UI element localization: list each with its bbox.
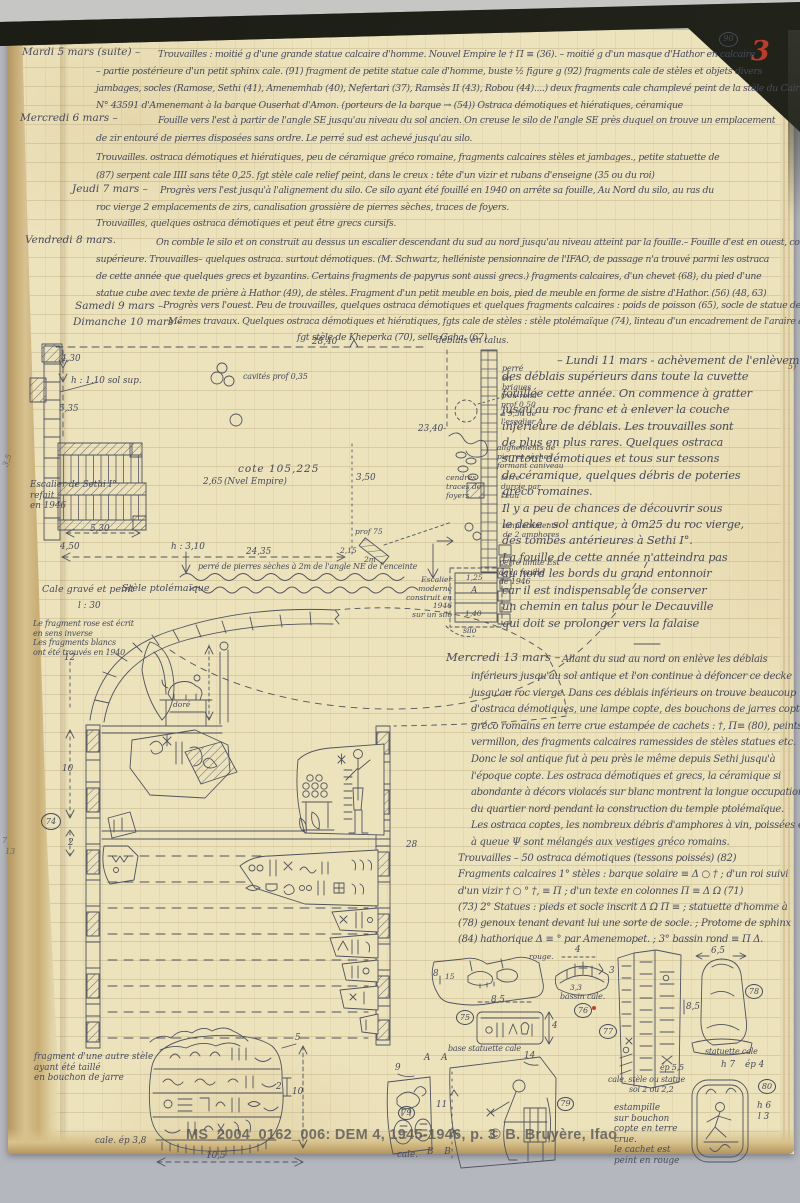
- sketch-label-base-statuette: base statuette cale: [448, 1044, 521, 1054]
- entry-text-mar11: – Lundi 11 mars - achèvement de l'enlève…: [502, 352, 800, 631]
- entry-text-mar6: Fouille vers l'est à partir de l'angle S…: [96, 112, 775, 186]
- circled-ref-90: 90: [719, 32, 738, 47]
- journal-line: Progrès vers l'est jusqu'à l'alignement …: [96, 183, 714, 200]
- plan-label-alignements: alignements de pierres sèches formant ca…: [497, 444, 564, 470]
- plan-label-h310: h : 3,10: [171, 542, 205, 553]
- circled-ref-79b: 79: [557, 1097, 574, 1111]
- plan-label-cote2: (Nvel Empire): [224, 477, 287, 488]
- plan-label-cavites: cavités prof 0,35: [243, 372, 308, 382]
- sketch-dim-h7: h 7: [721, 1060, 735, 1071]
- plan-dim-2840: 28,40: [312, 337, 337, 347]
- journal-line: Il y a peu de chances de découvrir sous: [502, 500, 800, 516]
- sketch-label-statuette: statuette cale: [705, 1047, 758, 1057]
- journal-line: Progrès vers l'ouest. Peu de trouvailles…: [96, 300, 800, 311]
- journal-line: gréco romains en terre crue estampée de …: [471, 719, 800, 736]
- entry-text-mar13-finds: Trouvailles – 50 ostraca démotiques (tes…: [458, 851, 791, 949]
- journal-line: à queue Ψ sont mélangés aux vestiges gré…: [471, 835, 800, 852]
- circled-ref-78: 78: [745, 984, 763, 999]
- sketch-dim-5: 5: [295, 1033, 301, 1043]
- plan-dim-430: 4,30: [61, 354, 81, 364]
- journal-line: jambages, socles (Ramose, Sethi (41), Am…: [96, 80, 800, 97]
- plan-dim-450: 4,50: [60, 542, 80, 552]
- plan-dim-2340: 23,40-: [418, 424, 446, 434]
- journal-line: inférieure de déblais. Les trouvailles s…: [502, 418, 800, 434]
- stela-rose-note: Le fragment rose est écrit en sens inver…: [33, 619, 134, 657]
- plan-label-deblais: déblais en talus.: [436, 336, 509, 347]
- sketch-dim-11: 11: [436, 1100, 447, 1110]
- edge-scrap-13: 13: [5, 847, 15, 856]
- sketch-dim-l3: l 3: [758, 1112, 769, 1123]
- entry-text-mar9: Progrès vers l'ouest. Peu de trouvailles…: [96, 300, 800, 311]
- plan-label-perre-briques: perré en briques: [502, 364, 531, 393]
- plan-label-trou-rond: trou rond prof 0,50 à 9,30 de l'escalier…: [501, 392, 543, 427]
- edge-scrap-5: 5): [788, 362, 796, 371]
- journal-line: Trouvailles – 50 ostraca démotiques (tes…: [458, 851, 791, 867]
- red-ink-dot: [592, 1006, 596, 1010]
- journal-line: (84) hathorique Δ ≡ ° par Amenemopet. ; …: [458, 932, 791, 948]
- sketch-dim-105: 10,5: [206, 1151, 226, 1161]
- journal-line: (78) genoux tenant devant lui une sorte …: [458, 916, 791, 932]
- sketch-dim-2b: 2: [276, 1082, 282, 1092]
- sketch-dim-4b: 4: [575, 945, 581, 955]
- journal-line: Mêmes travaux. Quelques ostraca démotiqu…: [96, 316, 800, 327]
- journal-line: roc vierge 2 emplacements de zirs, canal…: [96, 200, 714, 217]
- sketch-note-estampille: estampille sur bouchon copte en terre cr…: [614, 1103, 679, 1166]
- plan-label-silo: silo: [463, 626, 476, 636]
- journal-line: Allant du sud au nord on enlève les débl…: [562, 652, 767, 669]
- plan-label-amphores: emplacements de 2 amphores: [503, 522, 559, 540]
- journal-line: Fouille vers l'est à partir de l'angle S…: [96, 112, 775, 130]
- circled-ref-75: 75: [456, 1010, 474, 1025]
- sketch-mark-BB: B B: [427, 1147, 455, 1157]
- plan-label-cendres: cendres traces de foyers: [446, 474, 481, 500]
- plan-dim-350: 3,50: [356, 473, 376, 483]
- sketch-label-sol2: sol 2 ou 2,2: [629, 1085, 674, 1095]
- sketch-label-cale-ep38: cale. ép 3,8: [95, 1136, 146, 1147]
- journal-line: d'ostraca démotiques, une lampe copte, d…: [471, 702, 800, 719]
- stela-caption-left: Cale gravé et peint: [42, 584, 134, 595]
- stela-dim-28: 28: [406, 840, 417, 850]
- journal-line: inférieurs jusqu'au sol antique et l'on …: [471, 669, 800, 686]
- plan-label-perre-est: perré limite Est de la fouille de 1946: [499, 558, 560, 587]
- sketch-dim-h6: h 6: [757, 1101, 771, 1112]
- entry-text-mar13-first: Allant du sud au nord on enlève les débl…: [562, 652, 767, 669]
- journal-line: un chemin en talus pour le Decauville: [502, 598, 800, 614]
- journal-line: des déblais supérieurs dans toute la cuv…: [502, 368, 800, 384]
- circled-ref-79: 79: [398, 1106, 415, 1120]
- sketch-label-cale-stele: cale. stèle ou statue: [608, 1075, 685, 1085]
- journal-line: de zir entouré de pierres disposées sans…: [96, 130, 775, 148]
- plan-label-h110: h : 1,10 sol sup.: [71, 376, 142, 387]
- plan-dim-530: 5,30: [90, 524, 110, 534]
- archive-watermark: MS_2004_0162_006: DEM 4, 1945-1946, p. 3: [186, 1127, 496, 1143]
- plan-label-escalier-moderne: Escalier moderne construit en 1946 sur u…: [400, 576, 452, 620]
- journal-line: Les ostraca coptes, les nombreux débris …: [471, 818, 800, 835]
- plan-dim-125: 1,25: [466, 574, 483, 583]
- entry-text-mar13: inférieurs jusqu'au sol antique et l'on …: [471, 669, 800, 852]
- journal-line: Trouvailles : moitié g d'une grande stat…: [96, 46, 800, 63]
- journal-line: abondante à décors violacés sur blanc mo…: [471, 785, 800, 802]
- circled-ref-74: 74: [41, 813, 61, 830]
- plan-dim-215: 2,15: [340, 547, 357, 556]
- scanned-notebook-page: 3 90 Mardi 5 mars (suite) – Trouvailles …: [0, 0, 800, 1203]
- journal-line: Donc le sol antique fut à peu près le mê…: [471, 752, 800, 769]
- stela-dim-12: 12: [64, 653, 75, 663]
- plan-dim-535: 5,35: [59, 404, 79, 414]
- entry-date-mar13: Mercredi 13 mars –: [446, 650, 560, 664]
- journal-line: – partie postérieure d'un petit sphinx c…: [96, 63, 800, 80]
- sketch-dim-33: 3,3: [570, 984, 582, 993]
- entry-text-mar7: Progrès vers l'est jusqu'à l'alignement …: [96, 183, 714, 233]
- plan-label-terre: terre durcie par l'eau: [501, 474, 541, 500]
- sketch-dim-85a: 8,5: [491, 995, 505, 1005]
- sketch-dim-15: 15: [445, 973, 455, 982]
- journal-line: supérieure. Trouvailles– quelques ostrac…: [96, 251, 800, 268]
- sketch-mark-AA: A A: [424, 1053, 452, 1063]
- sketch-dim-4a: 4: [552, 1021, 558, 1031]
- sketch-dim-9: 9: [395, 1063, 401, 1073]
- circled-ref-80: 80: [758, 1079, 776, 1094]
- journal-line: du quartier nord pendant la construction…: [471, 802, 800, 819]
- plan-label-cote: cote 105,225: [238, 463, 319, 475]
- plan-label-prof75: prof 75: [355, 528, 383, 537]
- sketch-dim-ep55: ép 5,5: [660, 1063, 684, 1073]
- journal-line: de cette année que quelques grecs et byz…: [96, 268, 800, 285]
- sketch-dim-14: 14: [524, 1051, 535, 1061]
- stela-dim-2: 2: [68, 838, 74, 848]
- journal-line: jusqu'au roc franc et à enlever la couch…: [502, 401, 800, 417]
- plan-label-perre-sud: perré de pierres sèches à 2m de l'angle …: [198, 562, 417, 572]
- sketch-dim-10b: 10: [292, 1087, 303, 1097]
- journal-line: Fragments calcaires 1° stèles : barque s…: [458, 867, 791, 883]
- stela-dim-10: 10: [62, 764, 73, 774]
- journal-line: jusqu'au roc vierge. Dans ces déblais in…: [471, 686, 800, 703]
- plan-dim-140: 1,40: [465, 610, 482, 619]
- plan-dim-265: 2,65: [203, 477, 223, 487]
- entry-text-mar10: Mêmes travaux. Quelques ostraca démotiqu…: [96, 316, 800, 327]
- stela-caption-right: Stèle ptolémaïque: [122, 583, 209, 594]
- sketch-dim-3: 3: [609, 966, 615, 976]
- sketch-label-cale: cale.: [397, 1150, 418, 1161]
- sketch-dim-65: 6,5: [711, 946, 725, 956]
- journal-line: fouillée cette année. On commence à grat…: [502, 385, 800, 401]
- journal-line: l'époque copte. Les ostraca démotiques e…: [471, 769, 800, 786]
- sketch-label-bassin: bassin cale.: [560, 992, 605, 1002]
- plan-mark-A: A: [471, 586, 477, 596]
- journal-line: Trouvailles. ostraca démotiques et hiéra…: [96, 149, 775, 167]
- journal-line: vermillon, des fragments calcaires rames…: [471, 735, 800, 752]
- journal-line: Trouvailles, quelques ostraca démotiques…: [96, 216, 714, 233]
- stela-dim-l30: l : 30: [78, 601, 101, 611]
- journal-line: qui doit se prolonger vers la falaise: [502, 615, 800, 631]
- plan-dim-2m: 2m: [364, 556, 376, 565]
- sketch-note-fragment-stele: fragment d'une autre stèle ayant été tai…: [34, 1052, 153, 1084]
- sketch-dim-ep4: ép 4: [745, 1060, 764, 1071]
- plan-dim-2435: 24,35: [246, 547, 271, 557]
- sketch-dim-8: 8: [433, 969, 439, 979]
- journal-line: – Lundi 11 mars - achèvement de l'enlève…: [502, 352, 800, 368]
- journal-line: On comble le silo et on construit au des…: [96, 234, 800, 251]
- journal-line: gréco romaines.: [502, 483, 800, 499]
- stela-label-dore: doré: [173, 701, 190, 710]
- copyright-watermark: © B. Bruyère, Ifao: [490, 1127, 617, 1143]
- sketch-dim-85b: 8,5: [686, 1002, 700, 1012]
- entry-text-mar5: Trouvailles : moitié g d'une grande stat…: [96, 46, 800, 114]
- sketch-label-rouge: rouge.: [529, 953, 554, 962]
- journal-line: d'un vizir † ○ ° †, ≡ Π ; d'un texte en …: [458, 884, 791, 900]
- plan-label-escalier-sethi: Escalier de Sethi I° refait en 1946: [30, 480, 117, 512]
- entry-text-mar8: On comble le silo et on construit au des…: [96, 234, 800, 302]
- circled-ref-76: 76: [574, 1003, 592, 1018]
- circled-ref-77: 77: [599, 1024, 617, 1039]
- journal-line: (73) 2° Statues : pieds et socle inscrit…: [458, 900, 791, 916]
- edge-scrap-7: 7: [2, 836, 7, 845]
